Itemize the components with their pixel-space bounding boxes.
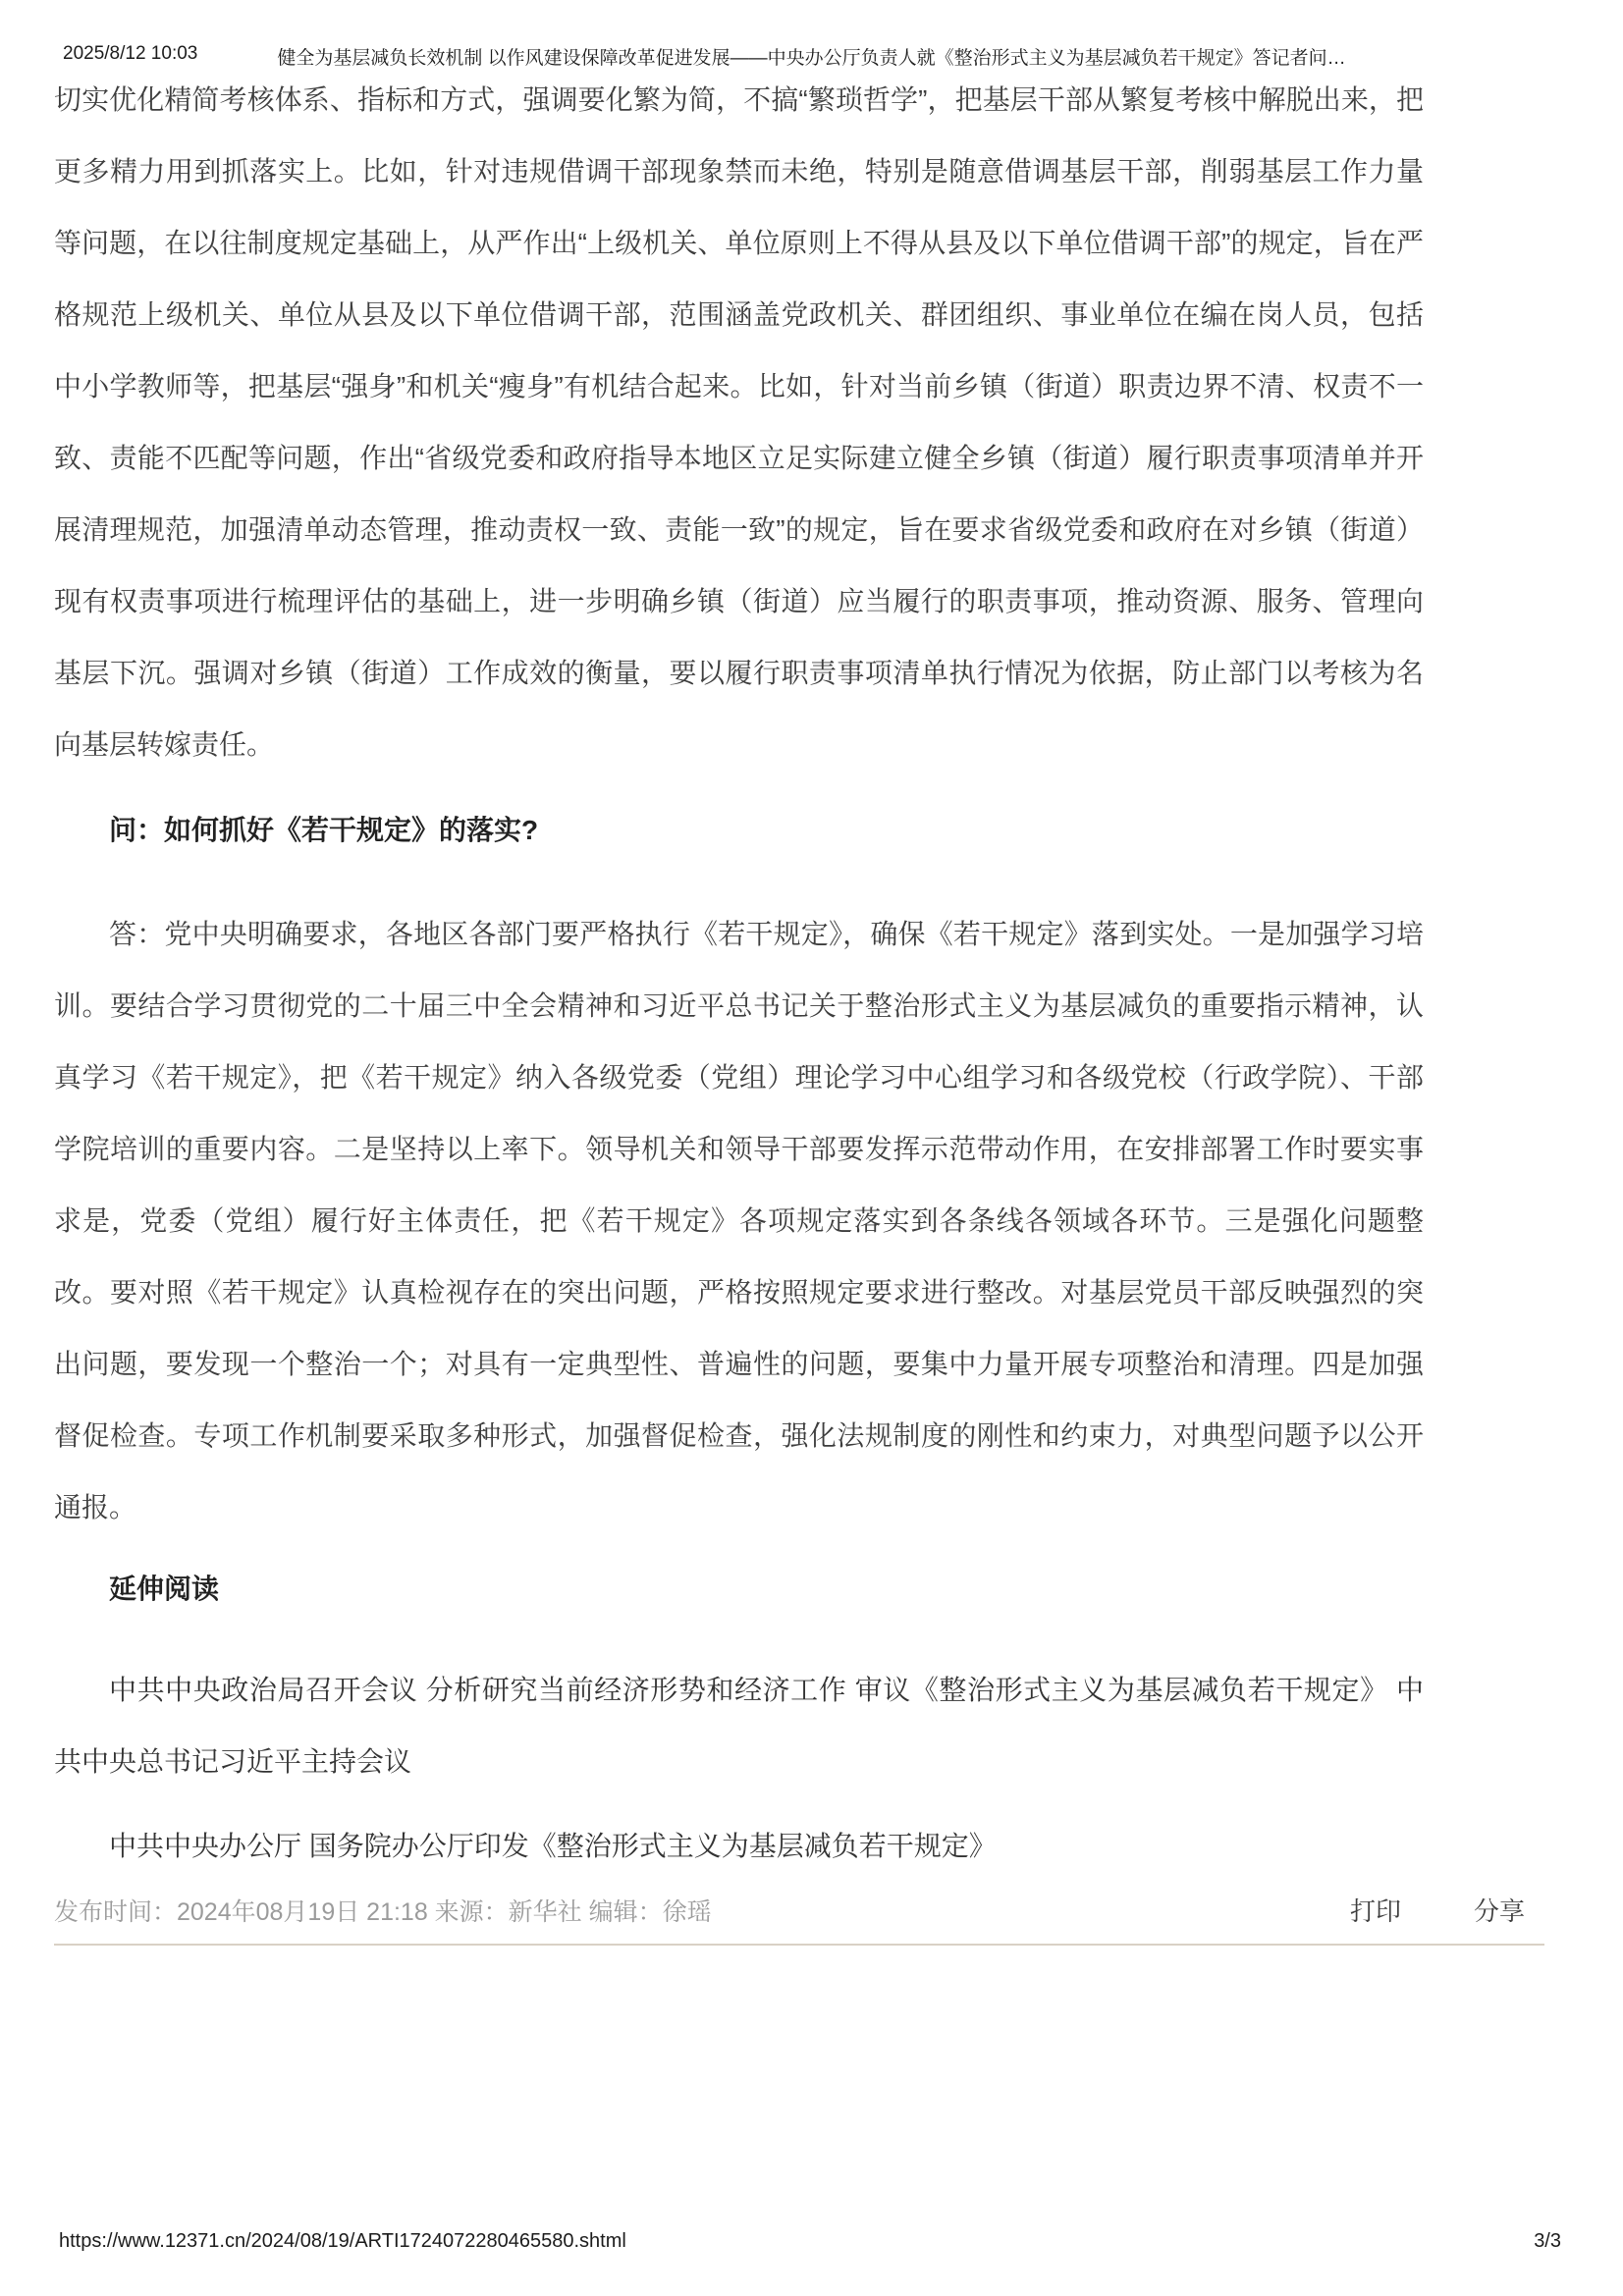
share-button[interactable]: 分享	[1474, 1892, 1525, 1928]
related-link-1[interactable]: 中共中央政治局召开会议 分析研究当前经济形势和经济工作 审议《整治形式主义为基层…	[54, 1654, 1424, 1797]
print-footer: https://www.12371.cn/2024/08/19/ARTI1724…	[0, 2230, 1623, 2258]
article-meta-bar: 发布时间：2024年08月19日 21:18 来源：新华社 编辑：徐瑶 打印 分…	[54, 1889, 1544, 1946]
question-heading: 问：如何抓好《若干规定》的落实?	[54, 794, 1424, 866]
article-body: 切实优化精简考核体系、指标和方式，强调要化繁为简，不搞“繁琐哲学”，把基层干部从…	[54, 64, 1424, 1882]
answer-paragraph: 答：党中央明确要求，各地区各部门要严格执行《若干规定》，确保《若干规定》落到实处…	[54, 898, 1424, 1543]
print-footer-url: https://www.12371.cn/2024/08/19/ARTI1724…	[59, 2230, 626, 2253]
related-reading-heading: 延伸阅读	[54, 1553, 1424, 1625]
page-indicator: 3/3	[1534, 2230, 1561, 2253]
print-button[interactable]: 打印	[1350, 1892, 1401, 1928]
print-page: 2025/8/12 10:03 健全为基层减负长效机制 以作风建设保障改革促进发…	[0, 0, 1623, 2296]
related-link-2[interactable]: 中共中央办公厅 国务院办公厅印发《整治形式主义为基层减负若干规定》	[54, 1810, 1424, 1882]
publish-meta: 发布时间：2024年08月19日 21:18 来源：新华社 编辑：徐瑶	[54, 1893, 712, 1928]
meta-buttons: 打印 分享	[1350, 1892, 1525, 1928]
article-paragraph: 切实优化精简考核体系、指标和方式，强调要化繁为简，不搞“繁琐哲学”，把基层干部从…	[54, 64, 1424, 780]
